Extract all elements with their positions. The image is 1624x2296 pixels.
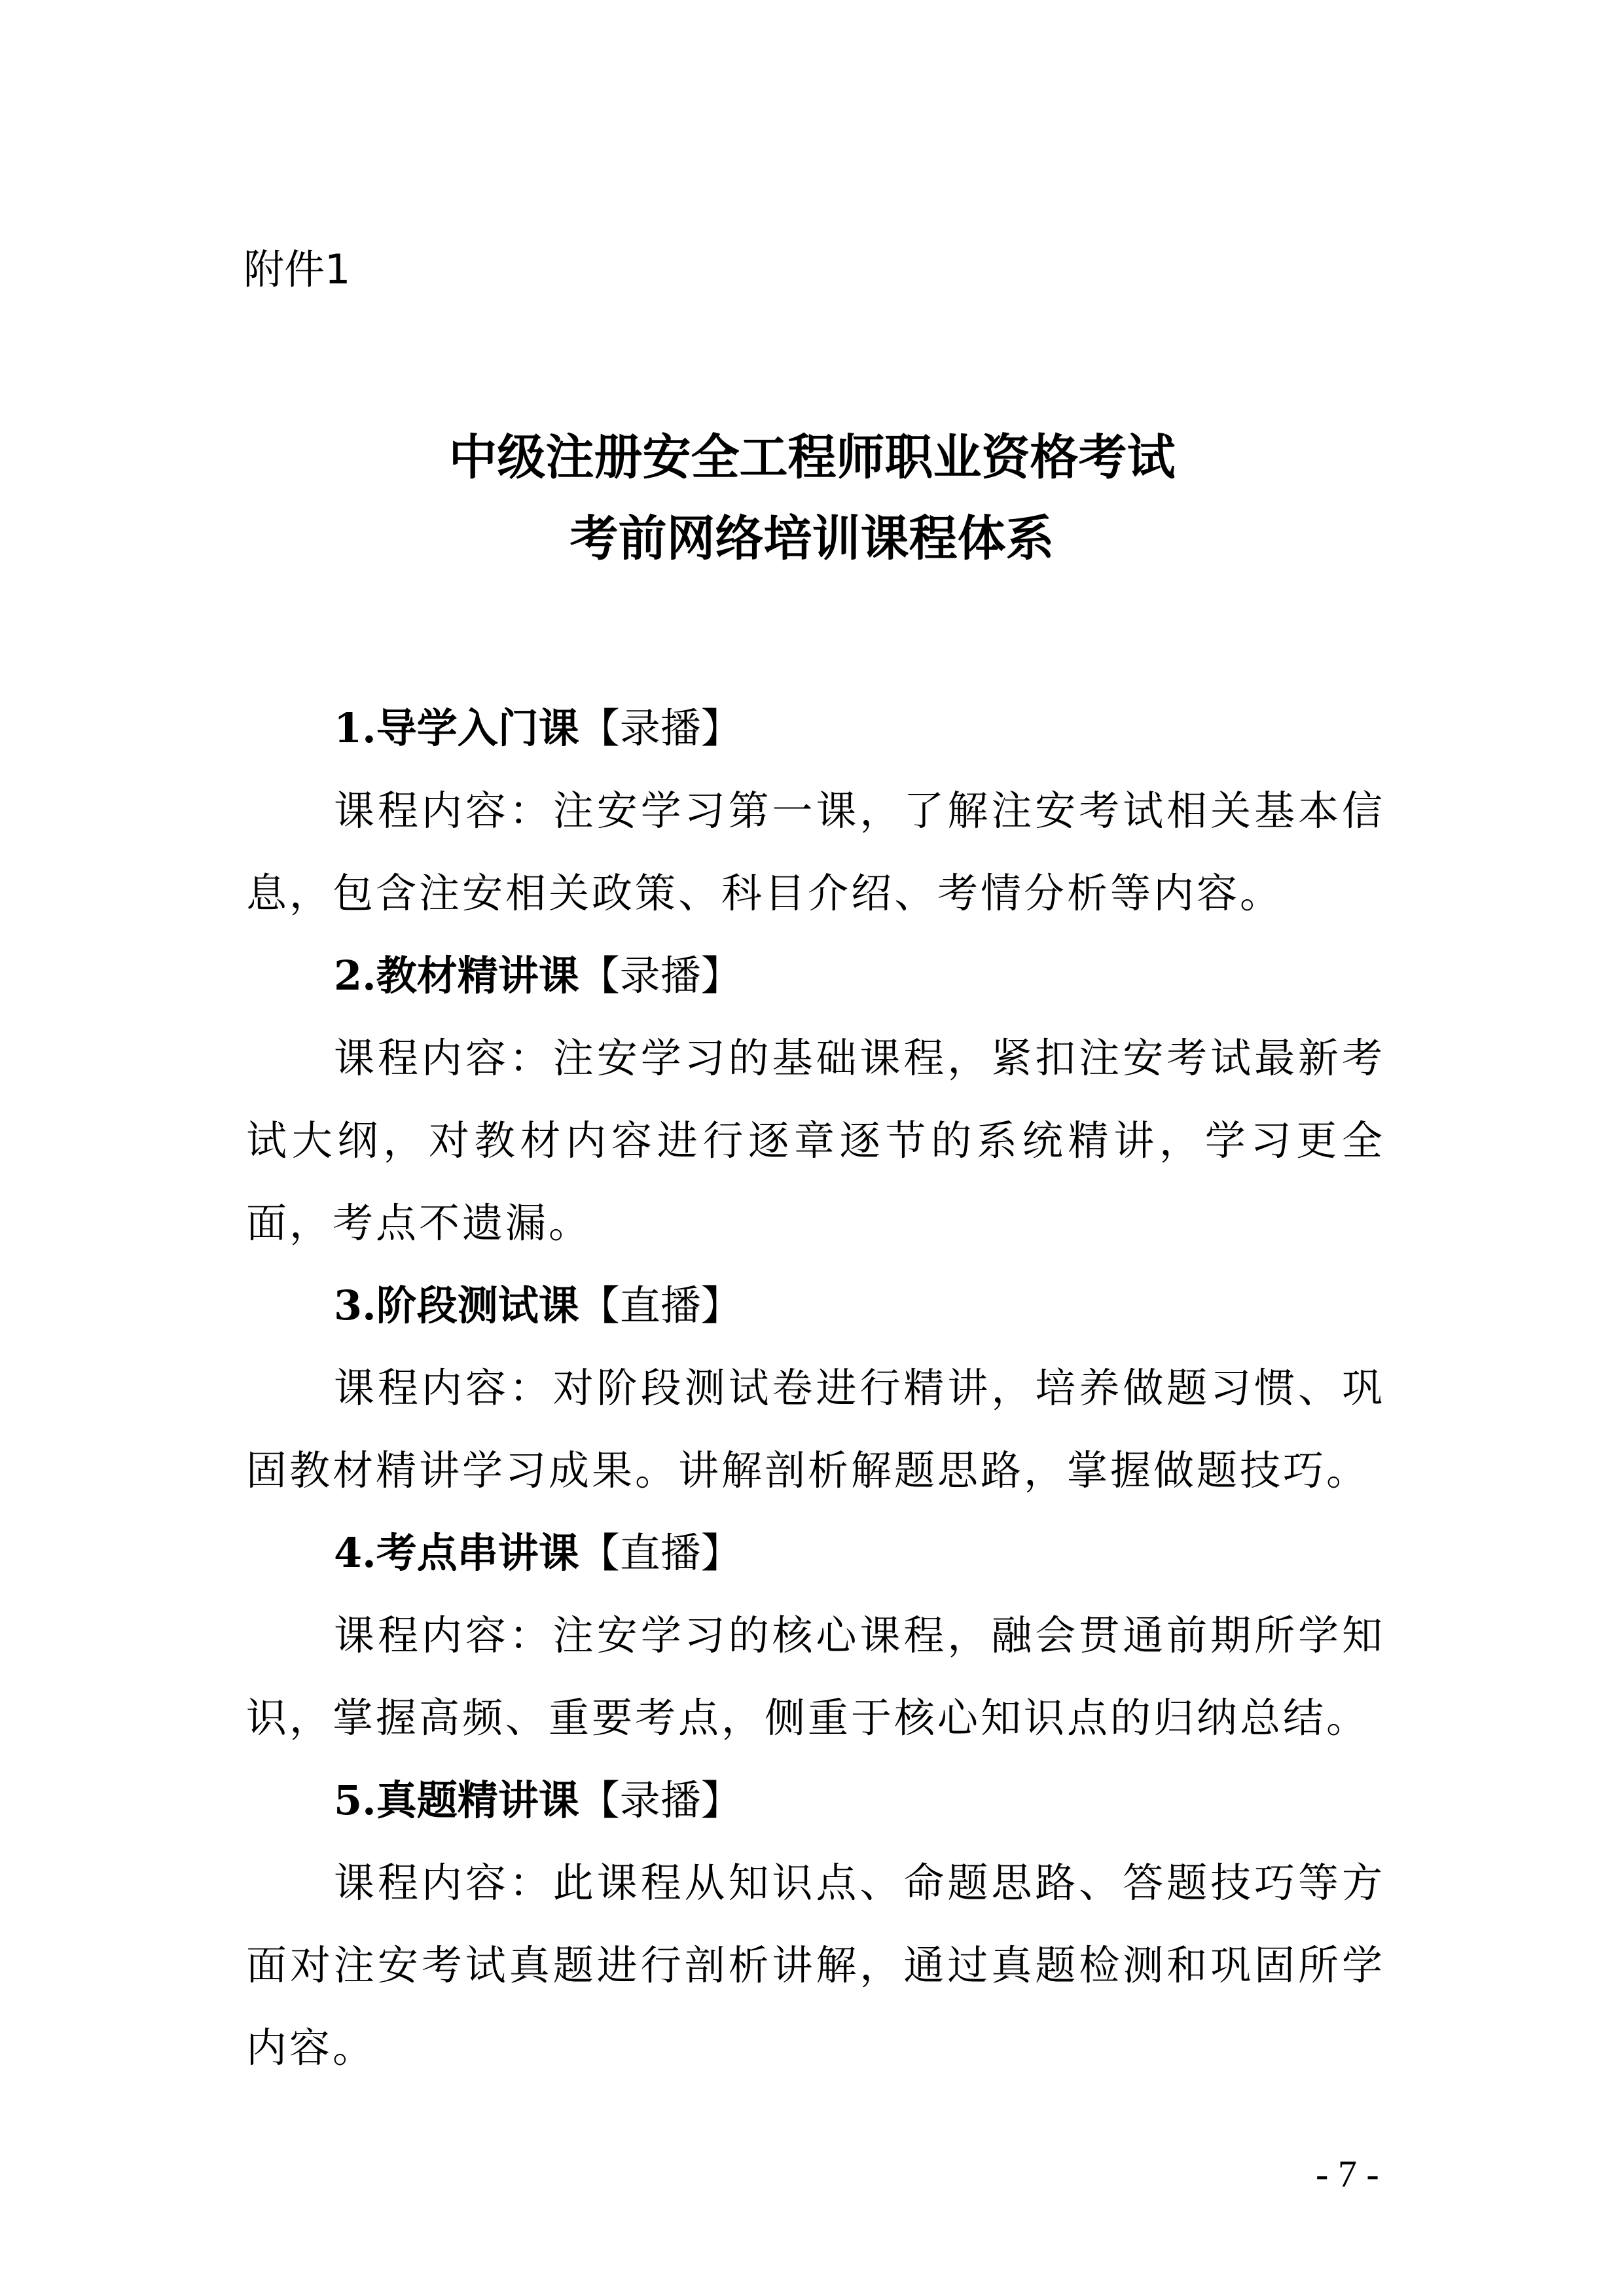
section-heading: 2.教材精讲课【录播】 [246, 935, 1385, 1017]
section-heading: 4.考点串讲课【直播】 [246, 1512, 1385, 1594]
delivery-tag: 【录播】 [579, 704, 742, 752]
section-heading: 3.阶段测试课【直播】 [246, 1265, 1385, 1347]
section-title: 1.导学入门课 [334, 704, 579, 752]
course-section-intro: 1.导学入门课【录播】 课程内容：注安学习第一课，了解注安考试相关基本信息，包含… [246, 687, 1385, 935]
section-heading: 1.导学入门课【录播】 [246, 687, 1385, 770]
section-title: 5.真题精讲课 [334, 1776, 579, 1824]
section-description: 课程内容：注安学习的基础课程，紧扣注安考试最新考试大纲，对教材内容进行逐章逐节的… [246, 1017, 1385, 1265]
delivery-tag: 【录播】 [579, 1776, 742, 1824]
section-title: 2.教材精讲课 [334, 952, 579, 999]
course-section-stage-test: 3.阶段测试课【直播】 课程内容：对阶段测试卷进行精讲，培养做题习惯、巩固教材精… [246, 1265, 1385, 1512]
document-title-line-1: 中级注册安全工程师职业资格考试 [0, 428, 1624, 487]
delivery-tag: 【直播】 [579, 1282, 742, 1329]
section-heading: 5.真题精讲课【录播】 [246, 1759, 1385, 1842]
delivery-tag: 【录播】 [579, 952, 742, 999]
course-section-textbook: 2.教材精讲课【录播】 课程内容：注安学习的基础课程，紧扣注安考试最新考试大纲，… [246, 935, 1385, 1265]
delivery-tag: 【直播】 [579, 1529, 742, 1577]
section-title: 3.阶段测试课 [334, 1282, 579, 1329]
course-section-past-exams: 5.真题精讲课【录播】 课程内容：此课程从知识点、命题思路、答题技巧等方面对注安… [246, 1759, 1385, 2089]
page-number: - 7 - [1316, 2155, 1379, 2194]
document-title-line-2: 考前网络培训课程体系 [0, 509, 1624, 568]
section-title: 4.考点串讲课 [334, 1529, 579, 1577]
section-description: 课程内容：注安学习第一课，了解注安考试相关基本信息，包含注安相关政策、科目介绍、… [246, 770, 1385, 935]
section-description: 课程内容：此课程从知识点、命题思路、答题技巧等方面对注安考试真题进行剖析讲解，通… [246, 1842, 1385, 2089]
section-description: 课程内容：对阶段测试卷进行精讲，培养做题习惯、巩固教材精讲学习成果。讲解剖析解题… [246, 1347, 1385, 1512]
section-description: 课程内容：注安学习的核心课程，融会贯通前期所学知识，掌握高频、重要考点，侧重于核… [246, 1594, 1385, 1759]
course-section-key-points: 4.考点串讲课【直播】 课程内容：注安学习的核心课程，融会贯通前期所学知识，掌握… [246, 1512, 1385, 1759]
course-list: 1.导学入门课【录播】 课程内容：注安学习第一课，了解注安考试相关基本信息，包含… [246, 687, 1385, 2089]
attachment-label: 附件1 [244, 243, 350, 296]
